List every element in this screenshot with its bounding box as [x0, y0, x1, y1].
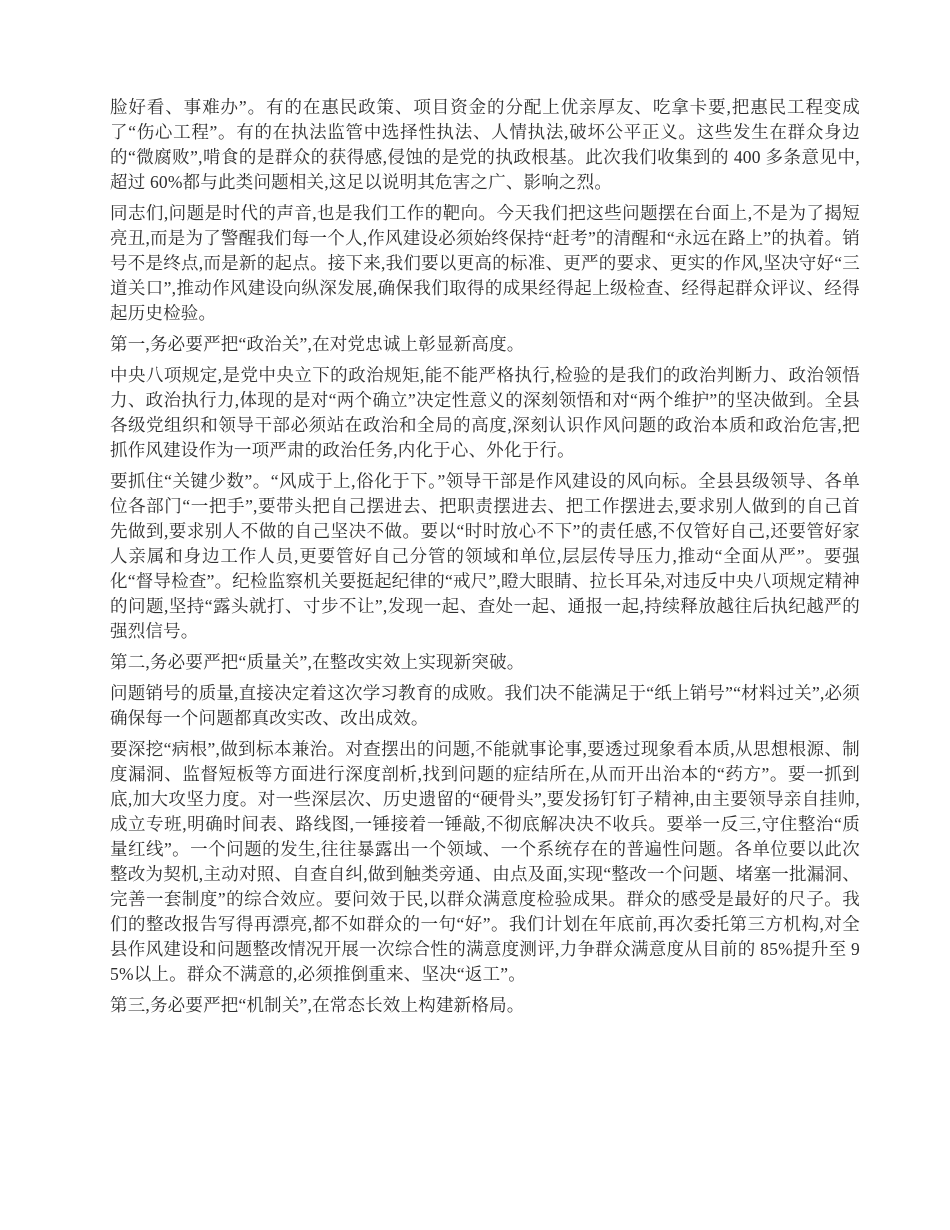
document-body: 脸好看、事难办”。有的在惠民政策、项目资金的分配上优亲厚友、吃拿卡要,把惠民工程… [110, 95, 860, 1018]
paragraph: 要深挖“病根”,做到标本兼治。对查摆出的问题,不能就事论事,要透过现象看本质,从… [110, 737, 860, 987]
paragraph: 要抓住“关键少数”。“风成于上,俗化于下。”领导干部是作风建设的风向标。全县县级… [110, 469, 860, 644]
document-page: 脸好看、事难办”。有的在惠民政策、项目资金的分配上优亲厚友、吃拿卡要,把惠民工程… [0, 0, 950, 1230]
paragraph: 中央八项规定,是党中央立下的政治规矩,能不能严格执行,检验的是我们的政治判断力、… [110, 363, 860, 463]
paragraph: 问题销号的质量,直接决定着这次学习教育的成败。我们决不能满足于“纸上销号”“材料… [110, 681, 860, 731]
paragraph: 脸好看、事难办”。有的在惠民政策、项目资金的分配上优亲厚友、吃拿卡要,把惠民工程… [110, 95, 860, 195]
section-heading: 第一,务必要严把“政治关”,在对党忠诚上彰显新高度。 [110, 332, 860, 357]
section-heading: 第三,务必要严把“机制关”,在常态长效上构建新格局。 [110, 993, 860, 1018]
section-heading: 第二,务必要严把“质量关”,在整改实效上实现新突破。 [110, 650, 860, 675]
paragraph: 同志们,问题是时代的声音,也是我们工作的靶向。今天我们把这些问题摆在台面上,不是… [110, 201, 860, 326]
